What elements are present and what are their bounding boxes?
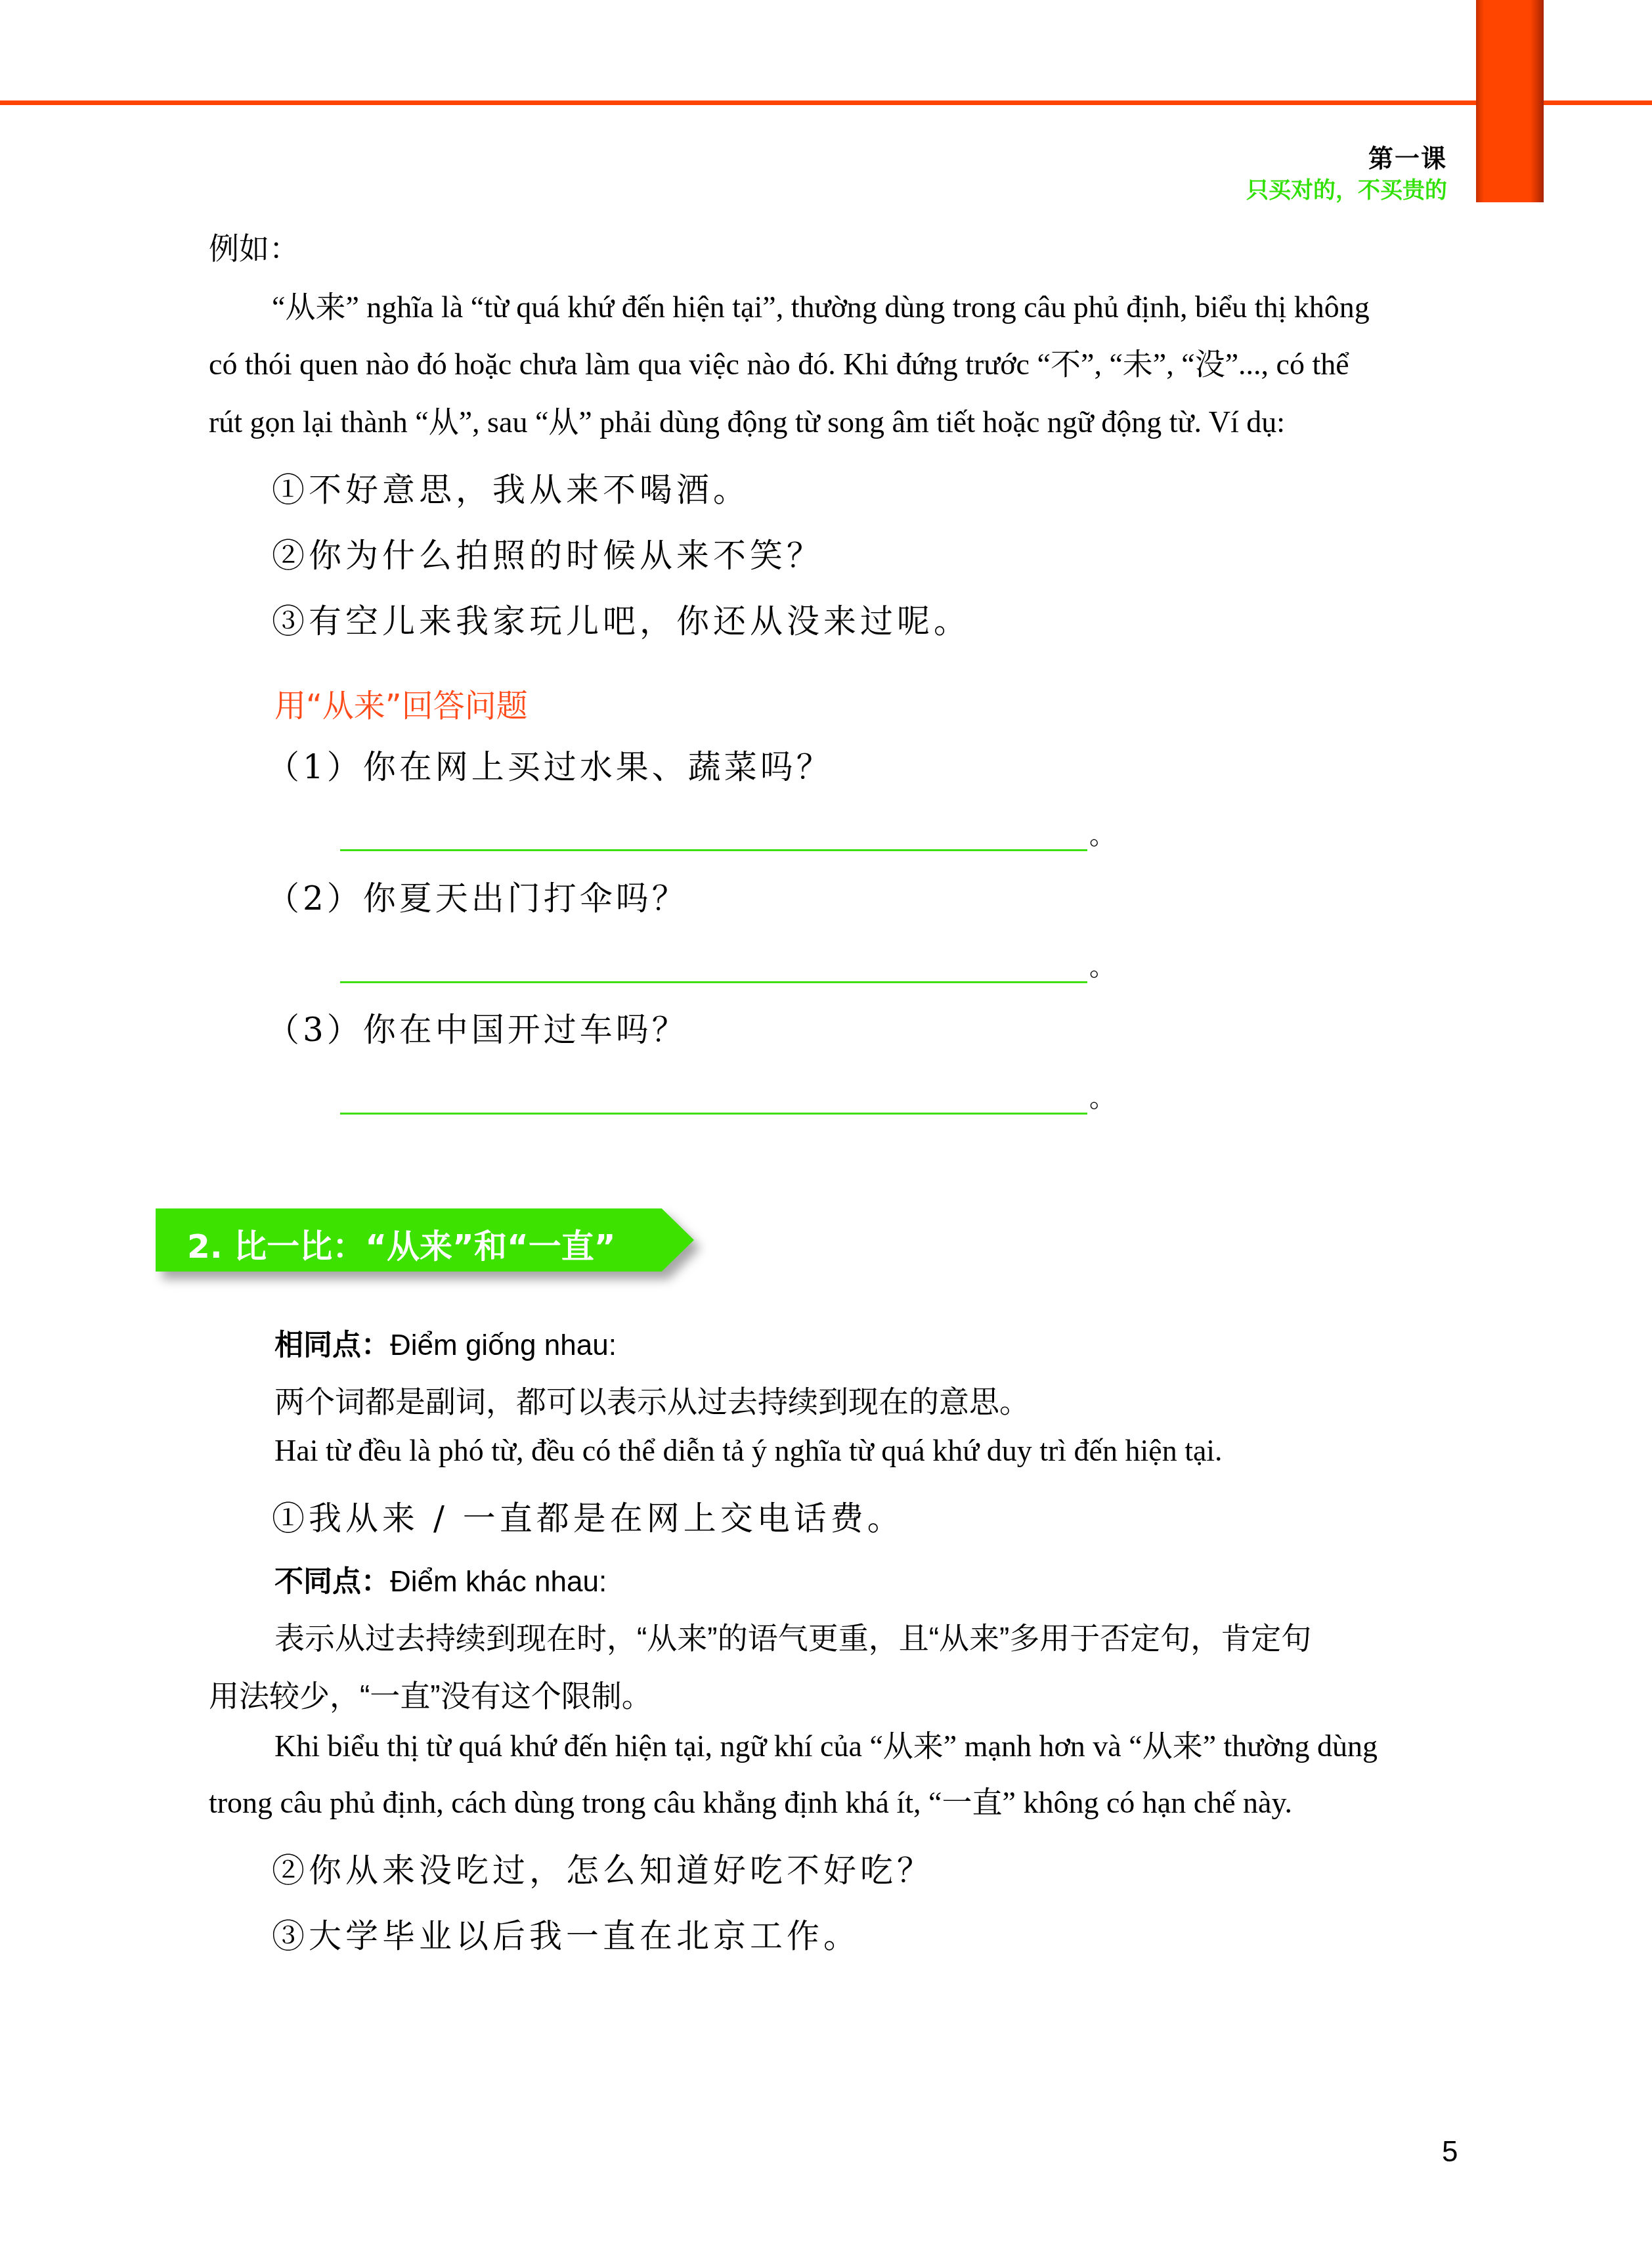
- different-heading-vi: Điểm khác nhau:: [390, 1566, 607, 1598]
- end-mark: 。: [1089, 814, 1116, 852]
- example-sentence: ①我从来 / 一直都是在网上交电话费。: [272, 1492, 904, 1539]
- explanation-line: rút gọn lại thành “从”, sau “从” phải dùng…: [209, 407, 1285, 437]
- same-heading: 相同点：Điểm giống nhau:: [274, 1321, 617, 1363]
- exercise-question: （3）你在中国开过车吗？: [267, 1004, 688, 1051]
- answer-field[interactable]: [340, 981, 1087, 983]
- textbook-page: 第一课 只买对的，不买贵的 例如： “从来” nghĩa là “từ quá …: [0, 0, 1652, 2258]
- different-heading: 不同点：Điểm khác nhau:: [274, 1558, 607, 1600]
- different-text-vi: trong câu phủ định, cách dùng trong câu …: [209, 1788, 1292, 1818]
- same-text-zh: 两个词都是副词，都可以表示从过去持续到现在的意思。: [274, 1378, 1030, 1421]
- lesson-number: 第一课: [1368, 138, 1447, 174]
- different-text-zh: 表示从过去持续到现在时，“从来”的语气更重，且“从来”多用于否定句，肯定句: [274, 1614, 1311, 1658]
- same-heading-vi: Điểm giống nhau:: [390, 1329, 617, 1361]
- end-mark: 。: [1089, 1077, 1116, 1115]
- end-mark: 。: [1089, 946, 1116, 983]
- same-text-vi: Hai từ đều là phó từ, đều có thể diễn tả…: [274, 1436, 1223, 1466]
- answer-field[interactable]: [340, 849, 1087, 851]
- example-sentence: ②你为什么拍照的时候从来不笑？: [272, 529, 823, 577]
- explanation-line: có thói quen nào đó hoặc chưa làm qua vi…: [209, 349, 1349, 380]
- exercise-heading: 用“从来”回答问题: [274, 680, 528, 726]
- example-sentence: ③大学毕业以后我一直在北京工作。: [272, 1910, 860, 1957]
- header-rule: [0, 100, 1652, 105]
- lesson-title: 只买对的，不买贵的: [1246, 172, 1447, 204]
- example-sentence: ①不好意思，我从来不喝酒。: [272, 464, 750, 511]
- page-number: 5: [1442, 2136, 1458, 2169]
- intro-label: 例如：: [209, 234, 299, 264]
- explanation-line: “从来” nghĩa là “từ quá khứ đến hiện tại”,…: [272, 292, 1370, 322]
- answer-field[interactable]: [340, 1113, 1087, 1115]
- different-heading-zh: 不同点：: [274, 1566, 390, 1598]
- different-text-zh: 用法较少，“一直”没有这个限制。: [209, 1672, 652, 1716]
- exercise-question: （2）你夏天出门打伞吗？: [267, 872, 688, 919]
- chapter-tab: [1476, 0, 1544, 202]
- example-sentence: ③有空儿来我家玩儿吧，你还从没来过呢。: [272, 595, 970, 642]
- banner-title: 2. 比一比：“从来”和“一直”: [187, 1220, 616, 1268]
- example-sentence: ②你从来没吃过，怎么知道好吃不好吃？: [272, 1844, 934, 1892]
- different-text-vi: Khi biểu thị từ quá khứ đến hiện tại, ng…: [274, 1731, 1378, 1761]
- exercise-question: （1）你在网上买过水果、蔬菜吗？: [267, 741, 833, 788]
- section-banner: 2. 比一比：“从来”和“一直”: [156, 1208, 694, 1272]
- same-heading-zh: 相同点：: [274, 1329, 390, 1361]
